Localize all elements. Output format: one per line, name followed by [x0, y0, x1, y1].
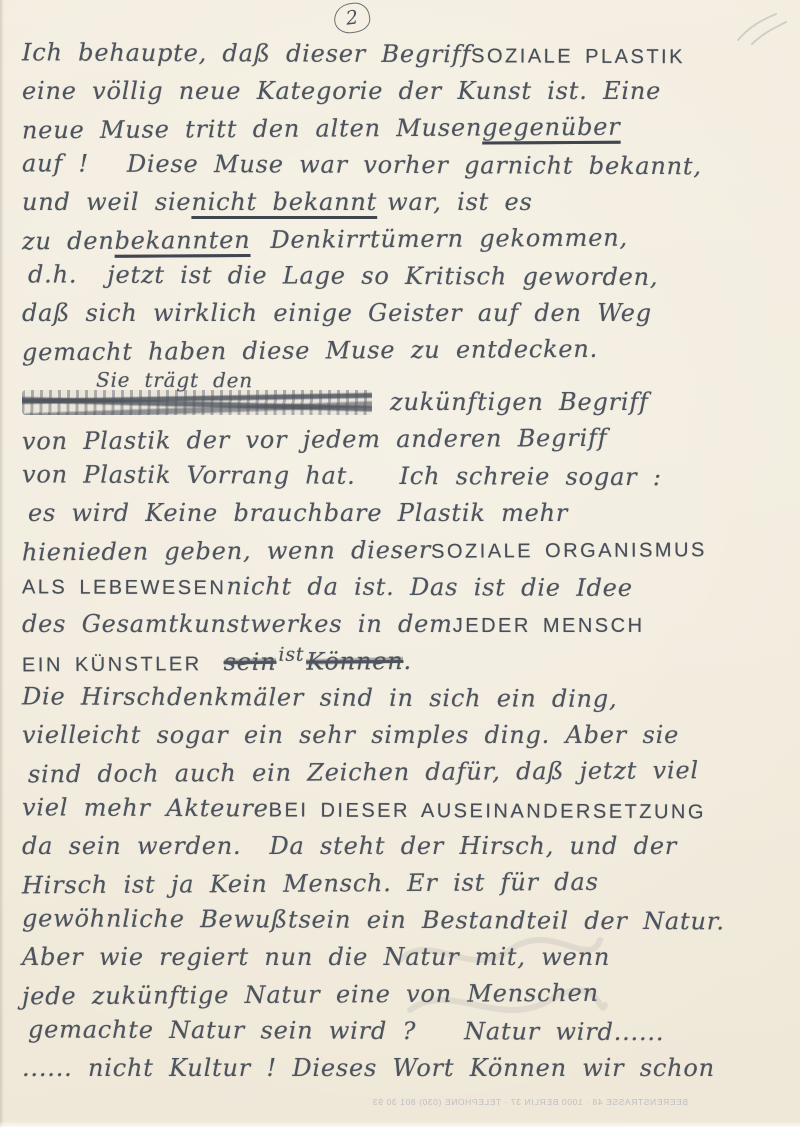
underlined-text: bekannten [114, 222, 250, 260]
manuscript-line: EIN KÜNSTLERseinistKönnen . [22, 641, 794, 683]
emphasized-caps-text: BEI DIESER AUSEINANDERSETZUNG [269, 792, 706, 831]
handwritten-text: auf ! [22, 145, 89, 182]
manuscript-line: hienieden geben, wenn dieser SOZIALE ORG… [22, 530, 794, 572]
handwritten-text: Sie trägt den [96, 373, 253, 389]
handwritten-text: zu den [22, 223, 115, 261]
struck-text: sein [223, 644, 276, 681]
handwritten-text: gemacht haben diese Muse zu entdecken. [22, 331, 598, 372]
handwritten-text: von Plastik Vorrang hat. [22, 456, 356, 494]
manuscript-line: Hirsch ist ja Kein Mensch. Er ist für da… [22, 863, 794, 905]
manuscript-line: es wird Keine brauchbare Plastik mehr [22, 495, 794, 532]
handwritten-text: Hirsch ist ja Kein Mensch. Er ist für da… [22, 864, 599, 905]
struck-text: Können [306, 643, 403, 681]
emphasized-caps-text: ALS LEBEWESEN [22, 569, 227, 607]
handwritten-text: und weil sie [22, 184, 191, 221]
page-number: 2 [332, 1, 371, 35]
handwritten-text: . [403, 643, 412, 680]
handwritten-text: von Plastik der vor jedem anderen Begrif… [22, 420, 608, 461]
manuscript-line: viel mehr Akteure BEI DIESER AUSEINANDER… [22, 789, 794, 829]
handwritten-text: vielleicht sogar ein sehr simples ding. … [22, 717, 679, 754]
manuscript-line: vielleicht sogar ein sehr simples ding. … [22, 717, 794, 754]
manuscript-page: 2 Ich behaupte, daß dieser Begriff SOZIA… [0, 0, 800, 1127]
handwritten-text: Ich schreie sogar : [399, 458, 661, 496]
manuscript-line: des Gesamtkunstwerkes in dem JEDER MENSC… [22, 606, 794, 643]
handwritten-text: Die Hirschdenkmäler sind in sich ein din… [22, 678, 618, 718]
manuscript-line: Sie trägt den [22, 372, 794, 390]
handwritten-text: ist [278, 637, 304, 674]
handwritten-text: es wird Keine brauchbare Plastik mehr [28, 495, 568, 532]
ghost-showthrough-mark [390, 920, 610, 1050]
handwritten-text: nicht da ist. Das ist die Idee [226, 568, 633, 607]
handwritten-text: d.h. [28, 256, 77, 293]
handwritten-text: hienieden geben, wenn dieser [22, 532, 431, 571]
manuscript-line: eine völlig neue Kategorie der Kunst ist… [22, 73, 794, 110]
manuscript-line: daß sich wirklich einige Geister auf den… [22, 295, 794, 332]
manuscript-line: von Plastik Vorrang hat.Ich schreie soga… [22, 456, 794, 496]
letterhead-showthrough: BEERENSTRASSE 48 · 1000 BERLIN 37 · TELE… [388, 1097, 688, 1107]
manuscript-line: d.h.jetzt ist die Lage so Kritisch gewor… [22, 256, 794, 296]
handwritten-text: Da steht der Hirsch, und der [269, 828, 677, 865]
manuscript-line: und weil sie nicht bekannt war, ist es [22, 184, 794, 221]
handwritten-text: Ich behaupte, daß dieser Begriff [22, 34, 471, 73]
manuscript-line: sind doch auch ein Zeichen dafür, daß je… [22, 752, 794, 794]
handwritten-text: gewöhnliche Bewußtsein ein Bestandteil d… [22, 900, 725, 940]
emphasized-caps-text: SOZIALE PLASTIK [471, 38, 685, 76]
emphasized-caps-text: SOZIALE ORGANISMUS [431, 532, 707, 571]
handwritten-text: des Gesamtkunstwerkes in dem [22, 606, 453, 643]
manuscript-line: gemacht haben diese Muse zu entdecken. [22, 330, 794, 372]
manuscript-line: Die Hirschdenkmäler sind in sich ein din… [22, 678, 794, 718]
handwritten-text: eine völlig neue Kategorie der Kunst ist… [22, 73, 661, 110]
page-number-value: 2 [345, 6, 360, 29]
emphasized-caps-text: JEDER MENSCH [453, 608, 645, 645]
underlined-text: gegenüber [482, 109, 621, 147]
handwritten-text: gemachte Natur sein wird ? [28, 1011, 416, 1050]
handwritten-text: Denkirrtümern gekommen, [270, 220, 628, 259]
crossed-out-scribble [22, 390, 372, 415]
handwritten-text: da sein werden. [22, 828, 241, 865]
manuscript-line: Ich behaupte, daß dieser Begriff SOZIALE… [22, 34, 794, 74]
handwritten-text: neue Muse tritt den alten Musen [22, 110, 482, 150]
handwritten-text: viel mehr Akteure [22, 789, 269, 827]
underlined-text: nicht bekannt [191, 184, 377, 221]
manuscript-line: ALS LEBEWESEN nicht da ist. Das ist die … [22, 567, 794, 607]
handwritten-text: war, ist es [387, 184, 533, 221]
handwritten-text: Diese Muse war vorher garnicht bekannt, [127, 146, 702, 186]
handwritten-text: jetzt ist die Lage so Kritisch geworden, [107, 257, 658, 296]
manuscript-line: da sein werden.Da steht der Hirsch, und … [22, 828, 794, 865]
manuscript-line: auf !Diese Muse war vorher garnicht beka… [22, 145, 794, 185]
manuscript-line: zu den bekannten Denkirrtümern gekommen, [22, 219, 794, 261]
handwritten-text: sind doch auch ein Zeichen dafür, daß je… [28, 752, 699, 793]
manuscript-line: neue Muse tritt den alten Musen gegenübe… [22, 108, 794, 150]
manuscript-line: von Plastik der vor jedem anderen Begrif… [22, 419, 794, 461]
handwritten-text: daß sich wirklich einige Geister auf den… [22, 295, 652, 332]
manuscript-line: ...... nicht Kultur ! Dieses Wort Können… [22, 1050, 794, 1087]
handwritten-text: ...... nicht Kultur ! Dieses Wort Können… [22, 1050, 715, 1087]
